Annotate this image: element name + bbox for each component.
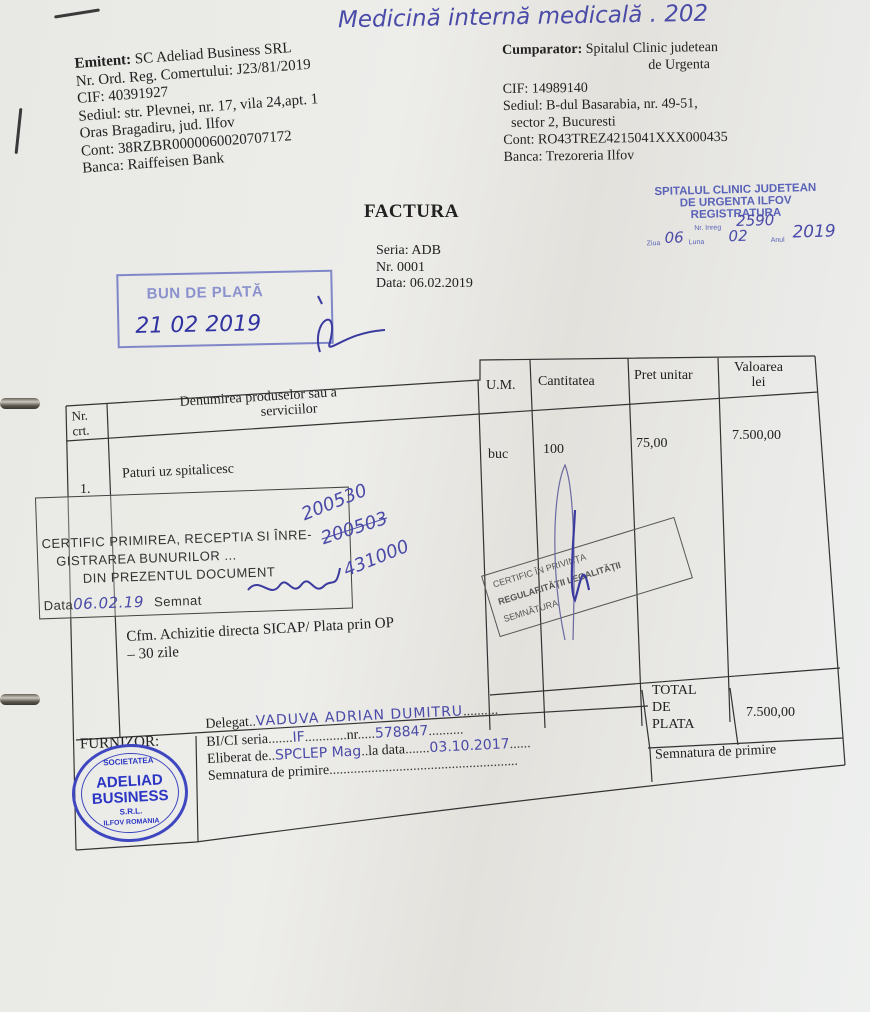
header-nr: Nr. [71, 408, 89, 424]
total-label-line: DE [652, 699, 697, 716]
anul-value: 2019 [792, 225, 836, 238]
payment-note: Cfm. Achizitie directa SICAP/ Plata prin… [126, 614, 395, 664]
bi-ci-label: BI/CI seria [206, 731, 268, 749]
bun-de-plata-date: 21 02 2019 [135, 311, 261, 339]
header-crt: crt. [72, 422, 90, 438]
pen-mark [15, 108, 23, 154]
bun-de-plata-title: BUN DE PLATĂ [146, 283, 263, 302]
emitent-block: Emitent: SC Adeliad Business SRL Nr. Ord… [74, 38, 323, 178]
ziua-label: Ziua [647, 238, 661, 250]
invoice-nr: Nr. 0001 [376, 260, 473, 277]
certificare-semnat-label: Semnat [154, 593, 202, 610]
cumparator-banca: Banca: Trezoreria Ilfov [503, 146, 728, 166]
certificare-line1: CERTIFIC PRIMIREA, RECEPTIA SI ÎNRE- [41, 527, 312, 551]
certificare-data-value: 06.02.19 [73, 593, 144, 613]
row-valoare: 7.500,00 [732, 428, 781, 443]
cumparator-cont: Cont: RO43TREZ4215041XXX000435 [503, 129, 728, 149]
header-valoare: Valoarea lei [734, 360, 783, 390]
registry-stamp: SPITALUL CLINIC JUDETEAN DE URGENTA ILFO… [635, 181, 837, 248]
cumparator-name-2: de Urgenta [502, 56, 727, 76]
cumparator-label: Cumparator: [502, 42, 582, 58]
cumparator-name: Spitalul Clinic judetean [586, 40, 718, 57]
header-valoare-line1: Valoarea [734, 360, 783, 375]
anul-label: Anul [771, 235, 785, 247]
ziua-value: 06 [664, 231, 683, 243]
invoice-meta: Seria: ADB Nr. 0001 Data: 06.02.2019 [376, 243, 473, 293]
certificare-data-label: Data [43, 597, 73, 613]
cumparator-sediul: Sediul: B-dul Basarabia, nr. 49-51, [503, 95, 728, 115]
row-um: buc [488, 447, 508, 462]
cumparator-block: Cumparator: Spitalul Clinic judetean de … [502, 39, 728, 166]
invoice-seria: Seria: ADB [376, 243, 473, 260]
row-pret: 75,00 [636, 436, 668, 451]
company-seal: SOCIETATEA ADELIAD BUSINESS S.R.L. ILFOV… [70, 741, 191, 845]
semnatura-primire-right: Semnatura de primire [655, 742, 777, 762]
signature-mark [300, 282, 390, 362]
header-pret: Pret unitar [634, 368, 693, 383]
handwritten-department-note: Medicină internă medicală . 202 [338, 1, 709, 33]
signature-mark [240, 560, 350, 610]
header-valoare-line2: lei [734, 375, 783, 390]
invoice-title: FACTURA [364, 201, 459, 223]
header-nr-crt: Nr. crt. [71, 408, 90, 439]
header-denumire: Denumirea produselor sau a serviciilor [179, 385, 338, 425]
header-um: U.M. [486, 378, 516, 393]
la-data-value: 03.10.2017 [429, 736, 510, 756]
binder-ring [0, 694, 40, 705]
emitent-label: Emitent: [74, 52, 132, 72]
delegat-label: Delegat [205, 715, 249, 732]
la-data-label: la data [368, 742, 406, 759]
total-label-line: PLATA [652, 716, 697, 733]
row-denumire: Paturi uz spitalicesc [122, 462, 235, 482]
handwritten-number: 431000 [341, 536, 413, 581]
total-label: TOTAL DE PLATA [652, 682, 697, 733]
invoice-page: Medicină internă medicală . 202 Emitent:… [0, 0, 870, 1012]
bi-ci-serie: IF [292, 729, 305, 746]
header-cantitate: Cantitatea [538, 374, 595, 389]
nr-inreg-value: 2590 [736, 214, 774, 227]
luna-label: Luna [689, 237, 705, 249]
binder-ring [0, 398, 40, 409]
total-value: 7.500,00 [746, 705, 795, 720]
pen-mark [54, 8, 100, 18]
invoice-data: Data: 06.02.2019 [376, 276, 473, 293]
eliberat-label: Eliberat de [207, 749, 269, 767]
delegat-block: Delegat..VADUVA ADRIAN DUMITRU..........… [205, 700, 532, 785]
luna-value: 02 [728, 230, 747, 242]
total-label-line: TOTAL [652, 682, 697, 699]
nr-value: 578847 [375, 723, 429, 742]
signature-mark [545, 450, 625, 650]
